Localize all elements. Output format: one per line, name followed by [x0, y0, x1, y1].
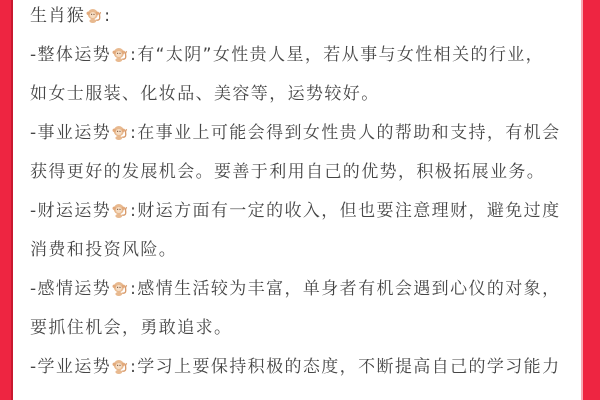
section-study-line-1: -学业运势:学习上要保持积极的态度，不断提高自己的学习能力	[30, 348, 575, 387]
section-text: 要抓住机会，勇敢追求。	[30, 318, 232, 338]
monkey-emoji-icon	[112, 279, 129, 297]
section-overall-line-2: 如女士服装、化妆品、美容等，运势较好。	[30, 75, 575, 114]
section-career-line-1: -事业运势:在事业上可能会得到女性贵人的帮助和支持，有机会	[30, 114, 575, 153]
section-text: :在事业上可能会得到女性贵人的帮助和支持，有机会	[130, 123, 560, 143]
section-label-wealth: -财运运势	[30, 201, 111, 221]
section-label-career: -事业运势	[30, 123, 111, 143]
section-text: :财运方面有一定的收入，但也要注意理财，避免过度	[130, 201, 560, 221]
monkey-emoji-icon	[112, 45, 129, 63]
heading-label: 生肖猴	[30, 6, 85, 26]
section-text: :有“太阴”女性贵人星，若从事与女性相关的行业，	[130, 45, 544, 65]
section-wealth-line-2: 消费和投资风险。	[30, 231, 575, 270]
monkey-emoji-icon	[112, 201, 129, 219]
section-label-study: -学业运势	[30, 357, 111, 377]
section-career-line-2: 获得更好的发展机会。要善于利用自己的优势，积极拓展业务。	[30, 153, 575, 192]
monkey-emoji-icon	[86, 6, 103, 24]
heading-line: 生肖猴:	[30, 0, 575, 36]
section-love-line-2: 要抓住机会，勇敢追求。	[30, 309, 575, 348]
left-red-border	[0, 0, 13, 400]
section-label-love: -感情运势	[30, 279, 111, 299]
section-label-overall: -整体运势	[30, 45, 111, 65]
section-text: 如女士服装、化妆品、美容等，运势较好。	[30, 84, 380, 104]
section-text: 获得更好的发展机会。要善于利用自己的优势，积极拓展业务。	[30, 162, 545, 182]
right-red-border	[581, 0, 600, 400]
horoscope-text: 生肖猴: -整体运势:有“太阴”女性贵人星，若从事与女性相关的行业， 如女士服装…	[30, 0, 575, 387]
section-wealth-line-1: -财运运势:财运方面有一定的收入，但也要注意理财，避免过度	[30, 192, 575, 231]
heading-suffix: :	[104, 6, 111, 26]
monkey-emoji-icon	[112, 123, 129, 141]
section-overall-line-1: -整体运势:有“太阴”女性贵人星，若从事与女性相关的行业，	[30, 36, 575, 75]
section-text: :感情生活较为丰富，单身者有机会遇到心仪的对象，	[130, 279, 560, 299]
section-text: :学习上要保持积极的态度，不断提高自己的学习能力	[130, 357, 560, 377]
section-love-line-1: -感情运势:感情生活较为丰富，单身者有机会遇到心仪的对象，	[30, 270, 575, 309]
section-text: 消费和投资风险。	[30, 240, 177, 260]
article-page: 生肖猴: -整体运势:有“太阴”女性贵人星，若从事与女性相关的行业， 如女士服装…	[0, 0, 600, 400]
monkey-emoji-icon	[112, 357, 129, 375]
